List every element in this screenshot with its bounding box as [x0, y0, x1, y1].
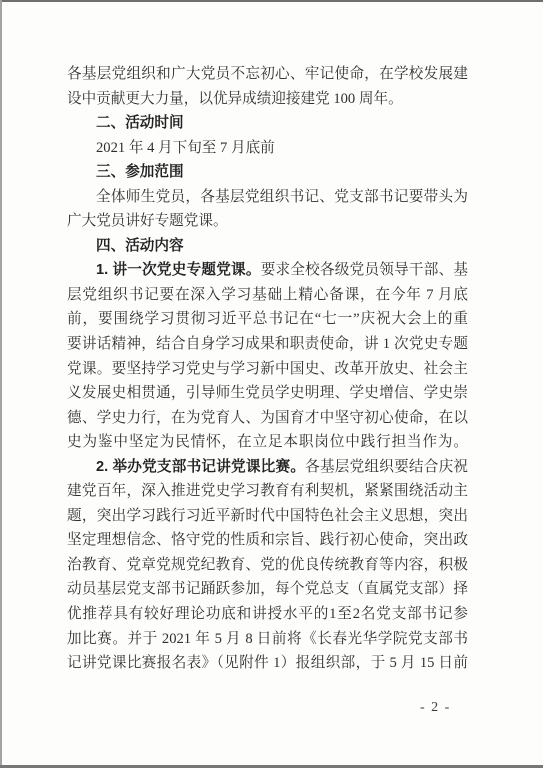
text-line: 优推荐具有较好理论功底和讲授水平的1至2名党支部书记参 — [67, 602, 468, 627]
scanned-document-page: 各基层党组织和广大党员不忘初心、牢记使命，在学校发展建 设中贡献更大力量，以优异… — [0, 0, 543, 768]
text-run: 加比赛。并于 2021 年 5 月 8 日前将《长春光华学院党支部书 — [67, 631, 468, 647]
text-run: 前，要围绕学习贯彻习近平总书记在“七一”庆祝大会上的重 — [67, 311, 468, 327]
text-run: 要讲话精神，结合自身学习成果和职责使命，讲 1 次党史专题 — [67, 336, 468, 352]
text-run: 题，突出学习践行习近平新时代中国特色社会主义思想，突出 — [67, 508, 468, 524]
page-number: - 2 - — [420, 700, 451, 716]
text-run: 全体师生党员，各基层党组织书记、党支部书记要带头为 — [96, 189, 468, 205]
text-run: 优推荐具有较好理论功底和讲授水平的1至2名党支部书记参 — [67, 606, 468, 622]
text-run: 建党百年，深入推进党史学习教育有利契机，紧紧围绕活动主 — [67, 483, 468, 499]
text-line: 党课。要坚持学习党史与学习新中国史、改革开放史、社会主 — [67, 357, 468, 382]
text-run: 治教育、党章党规党纪教育、党的优良传统教育等内容，积极 — [67, 557, 468, 573]
text-line: 史为鉴中坚定为民情怀，在立足本职岗位中践行担当作为。 — [67, 430, 468, 455]
text-run: 党课。要坚持学习党史与学习新中国史、改革开放史、社会主 — [67, 361, 468, 377]
text-line: 题，突出学习践行习近平新时代中国特色社会主义思想，突出 — [67, 504, 468, 529]
text-line: 动员基层党支部书记踊跃参加，每个党总支（直属党支部）择 — [67, 577, 468, 602]
text-run: 各基层党组织要结合庆祝 — [305, 459, 468, 475]
text-line: 义发展史相贯通，引导师生党员学史明理、学史增信、学史崇 — [67, 381, 468, 406]
text-line: 前，要围绕学习贯彻习近平总书记在“七一”庆祝大会上的重 — [67, 307, 468, 332]
text-run: 广大党员讲好专题党课。 — [67, 213, 228, 229]
text-run: 坚定理想信念、恪守党的性质和宗旨、践行初心使命，突出政 — [67, 532, 468, 548]
bold-run: 1. 讲一次党史专题党课。 — [96, 262, 261, 278]
text-line: 坚定理想信念、恪守党的性质和宗旨、践行初心使命，突出政 — [67, 528, 468, 553]
text-line: 治教育、党章党规党纪教育、党的优良传统教育等内容，积极 — [67, 553, 468, 578]
text-line: 各基层党组织和广大党员不忘初心、牢记使命，在学校发展建 — [67, 62, 468, 87]
text-line: 要讲话精神，结合自身学习成果和职责使命，讲 1 次党史专题 — [67, 332, 468, 357]
scan-edge-left — [0, 0, 2, 768]
text-line: 层党组织书记要在深入学习基础上精心备课，在今年 7 月底 — [67, 283, 468, 308]
text-run: 2021 年 4 月下旬至 7 月底前 — [96, 140, 275, 156]
heading-run: 二、活动时间 — [96, 115, 184, 131]
section-heading: 四、活动内容 — [67, 234, 468, 259]
text-line: 全体师生党员，各基层党组织书记、党支部书记要带头为 — [67, 185, 468, 210]
section-heading: 二、活动时间 — [67, 111, 468, 136]
text-line: 德、学史力行，在为党育人、为国育才中坚守初心使命，在以 — [67, 406, 468, 431]
heading-run: 三、参加范围 — [96, 164, 184, 180]
text-run: 义发展史相贯通，引导师生党员学史明理、学史增信、学史崇 — [67, 385, 468, 401]
text-run: 动员基层党支部书记踊跃参加，每个党总支（直属党支部）择 — [67, 581, 468, 597]
text-line: 广大党员讲好专题党课。 — [67, 209, 468, 234]
text-line: 加比赛。并于 2021 年 5 月 8 日前将《长春光华学院党支部书 — [67, 627, 468, 652]
bold-run: 2. 举办党支部书记讲党课比赛。 — [96, 459, 305, 475]
text-line: 1. 讲一次党史专题党课。要求全校各级党员领导干部、基 — [67, 258, 468, 283]
text-run: 记讲党课比赛报名表》（见附件 1）报组织部，于 5 月 15 日前 — [67, 655, 468, 671]
section-heading: 三、参加范围 — [67, 160, 468, 185]
text-run: 要求全校各级党员领导干部、基 — [261, 262, 468, 278]
scan-edge-top — [0, 0, 543, 2]
text-run: 史为鉴中坚定为民情怀，在立足本职岗位中践行担当作为。 — [67, 434, 468, 450]
text-run: 各基层党组织和广大党员不忘初心、牢记使命，在学校发展建 — [67, 66, 468, 82]
text-line: 记讲党课比赛报名表》（见附件 1）报组织部，于 5 月 15 日前 — [67, 651, 468, 676]
text-run: 层党组织书记要在深入学习基础上精心备课，在今年 7 月底 — [67, 287, 468, 303]
heading-run: 四、活动内容 — [96, 238, 184, 254]
document-body: 各基层党组织和广大党员不忘初心、牢记使命，在学校发展建 设中贡献更大力量，以优异… — [67, 62, 468, 676]
text-run: 德、学史力行，在为党育人、为国育才中坚守初心使命，在以 — [67, 410, 468, 426]
text-line: 2021 年 4 月下旬至 7 月底前 — [67, 136, 468, 161]
text-line: 建党百年，深入推进党史学习教育有利契机，紧紧围绕活动主 — [67, 479, 468, 504]
text-run: 设中贡献更大力量，以优异成绩迎接建党 100 周年。 — [67, 91, 403, 107]
text-line: 设中贡献更大力量，以优异成绩迎接建党 100 周年。 — [67, 87, 468, 112]
text-line: 2. 举办党支部书记讲党课比赛。各基层党组织要结合庆祝 — [67, 455, 468, 480]
